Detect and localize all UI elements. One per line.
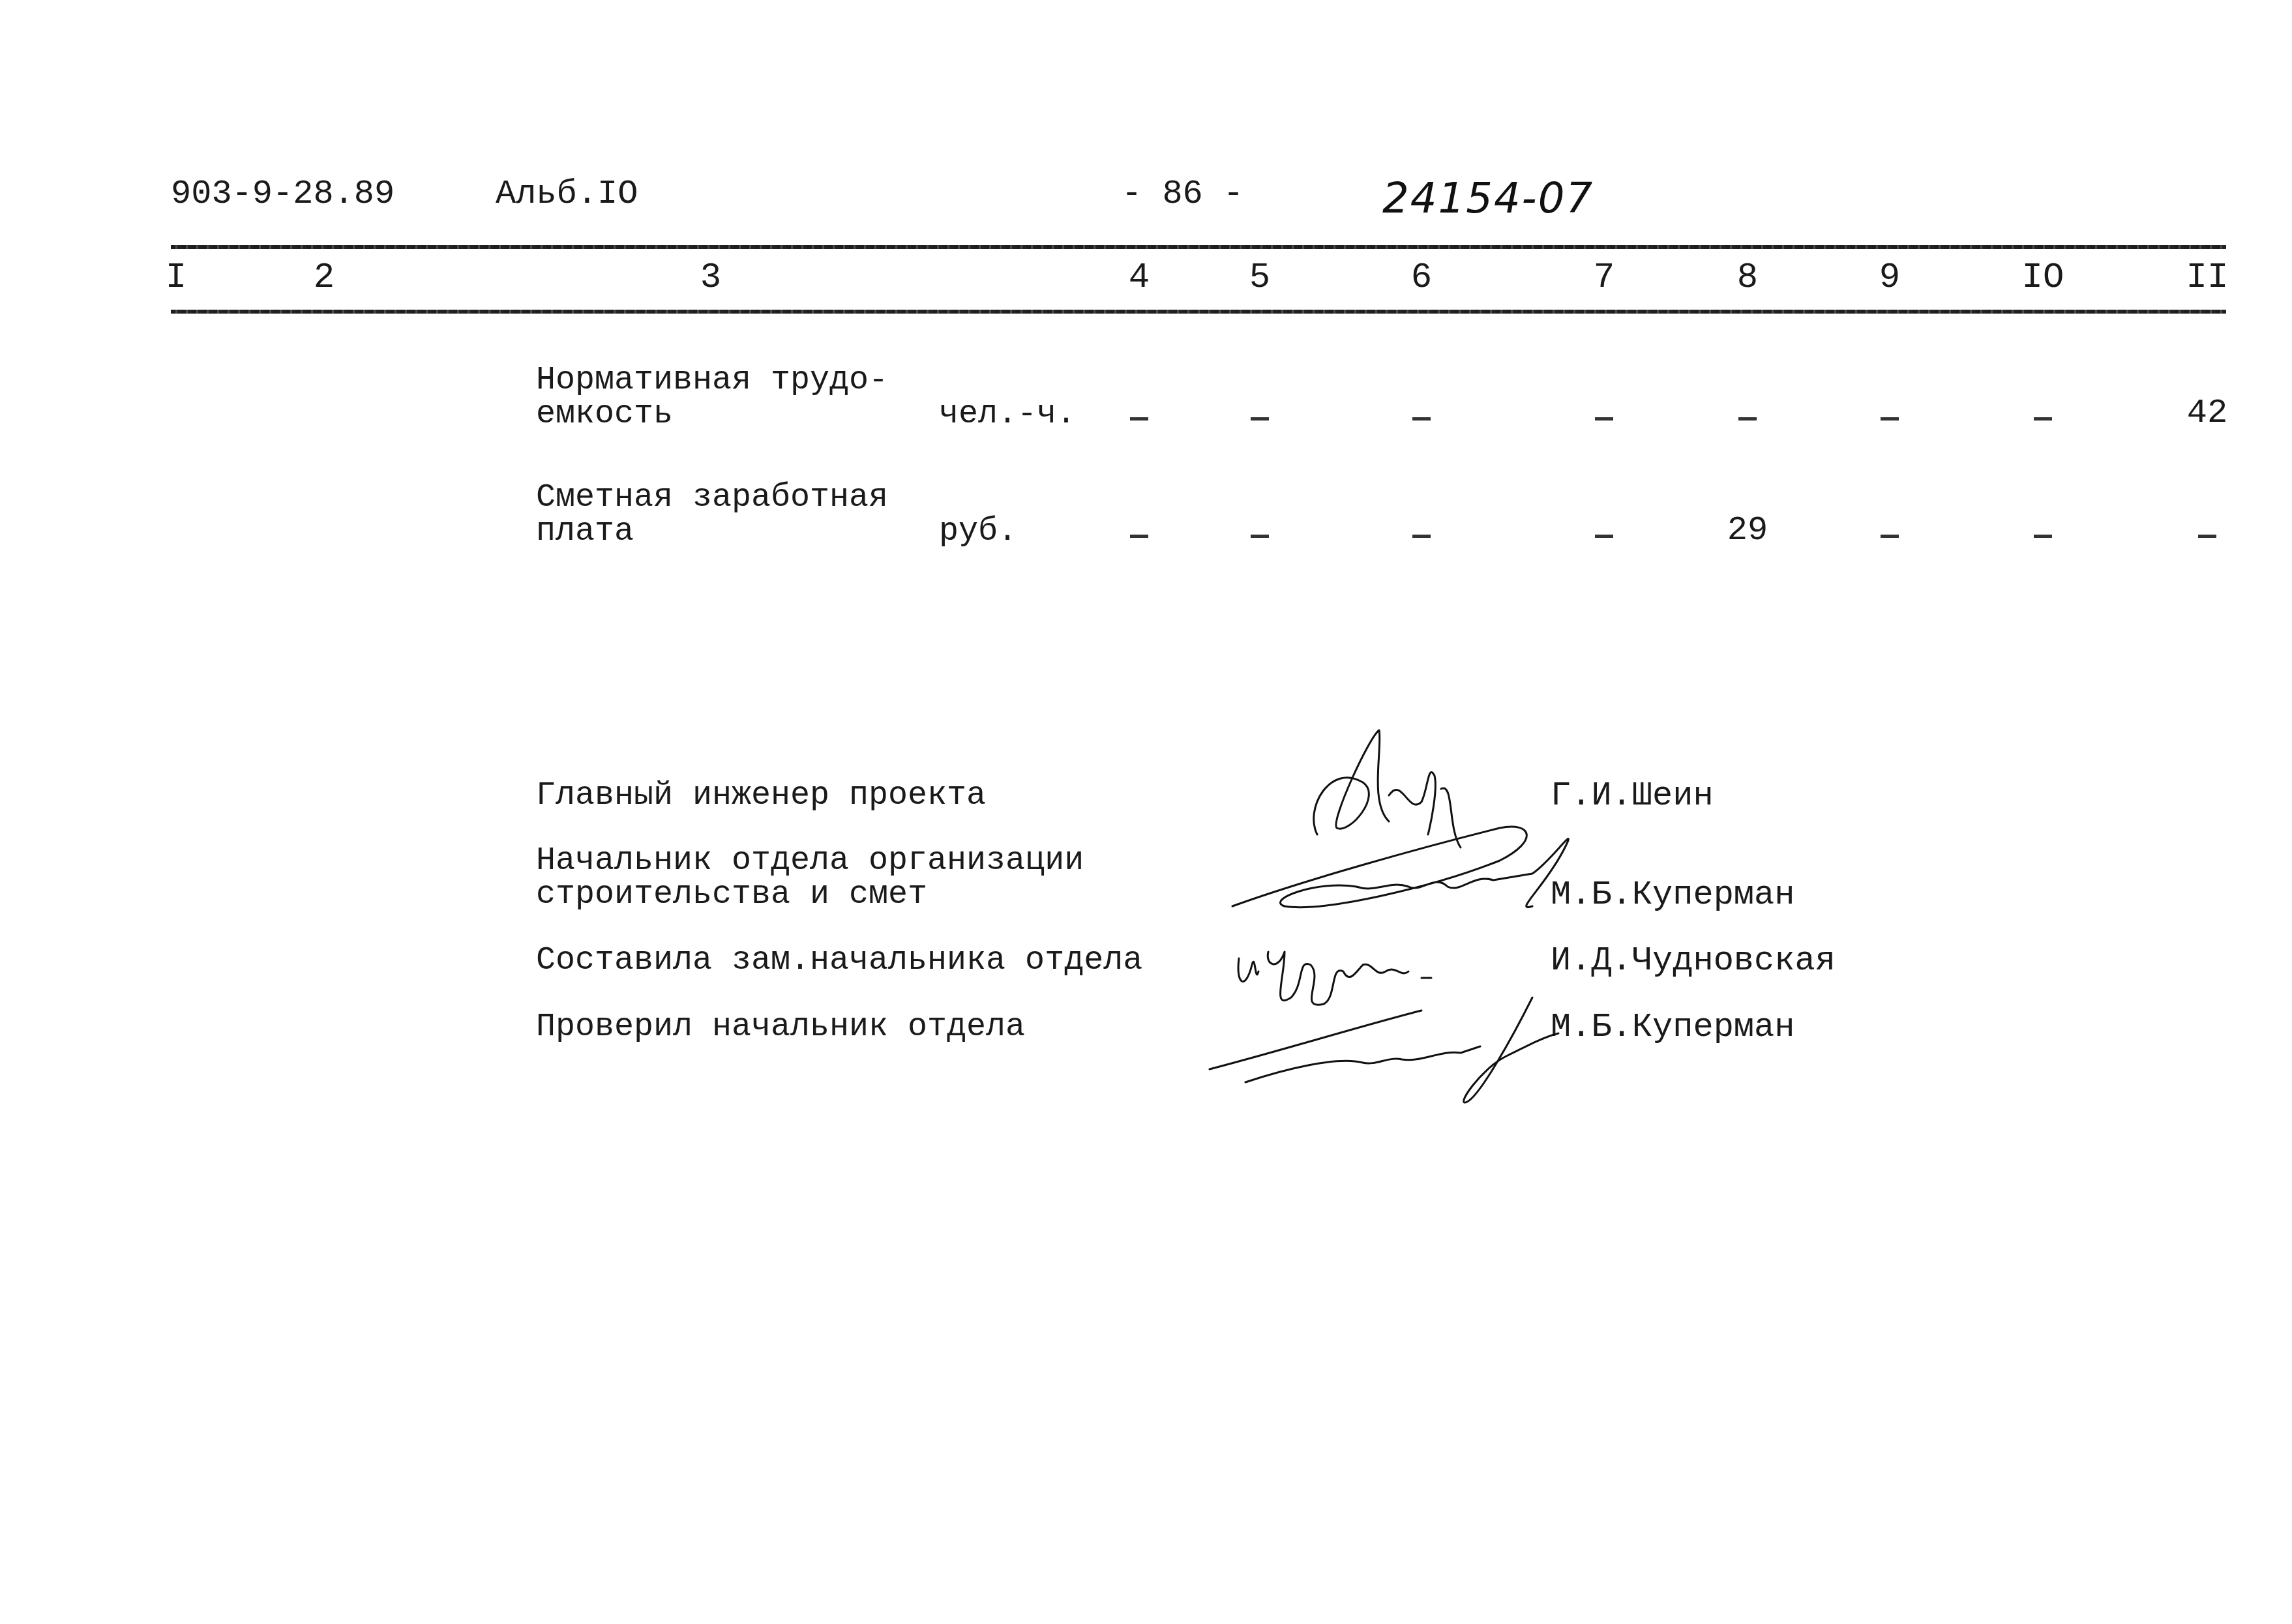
empty-cell-dash (1251, 417, 1269, 421)
empty-cell-dash (2034, 535, 2052, 538)
empty-cell-dash (1881, 535, 1899, 538)
column-number: 5 (1249, 261, 1270, 296)
column-number: 8 (1737, 261, 1758, 296)
row-name-line1: Нормативная трудо- (536, 364, 888, 398)
column-number: 9 (1879, 261, 1900, 296)
cell-value: 29 (1727, 514, 1768, 548)
empty-cell-dash (1595, 417, 1613, 421)
empty-cell-dash (2198, 535, 2216, 538)
column-number: 6 (1411, 261, 1432, 296)
album-number: Альб.IO (496, 177, 638, 211)
column-number: IO (2022, 261, 2064, 296)
signer-name: М.Б.Куперман (1551, 1011, 1794, 1044)
empty-cell-dash (1130, 417, 1148, 421)
signer-name: И.Д.Чудновская (1551, 944, 1836, 978)
signature-kuperman-2-icon (1206, 984, 1571, 1115)
row-name-line2: емкость (536, 398, 673, 432)
empty-cell-dash (1130, 535, 1148, 538)
row-unit: руб. (939, 515, 1017, 549)
document-code: 903-9-28.89 (171, 177, 394, 211)
empty-cell-dash (1738, 417, 1757, 421)
empty-cell-dash (1412, 417, 1431, 421)
row-name-line1: Сметная заработная (536, 481, 888, 515)
empty-cell-dash (1251, 535, 1269, 538)
column-number: I (166, 261, 186, 296)
empty-cell-dash (2034, 417, 2052, 421)
column-number: II (2186, 261, 2229, 296)
table-top-rule (171, 245, 2226, 249)
signer-role: Главный инженер проекта (536, 779, 986, 813)
empty-cell-dash (1595, 535, 1613, 538)
empty-cell-dash (1881, 417, 1899, 421)
column-number: 4 (1129, 261, 1150, 296)
column-number: 2 (314, 261, 335, 296)
empty-cell-dash (1412, 535, 1431, 538)
handwritten-inventory-number: 24154-07 (1382, 175, 1594, 223)
page-number: - 86 - (1122, 177, 1243, 211)
row-unit: чел.-ч. (939, 398, 1076, 432)
table-header-bottom-rule (171, 310, 2226, 314)
column-number: 7 (1594, 261, 1615, 296)
signature-kuperman-1-icon (1226, 808, 1591, 926)
signer-role-line2: строительства и смет (536, 878, 927, 912)
row-name-line2: плата (536, 515, 634, 549)
signer-role: Составила зам.начальника отдела (536, 944, 1142, 978)
signer-role: Проверил начальник отдела (536, 1011, 1025, 1044)
signer-role: Начальник отдела организации (536, 844, 1084, 878)
cell-value: 42 (2187, 396, 2227, 430)
column-number: 3 (700, 261, 721, 296)
